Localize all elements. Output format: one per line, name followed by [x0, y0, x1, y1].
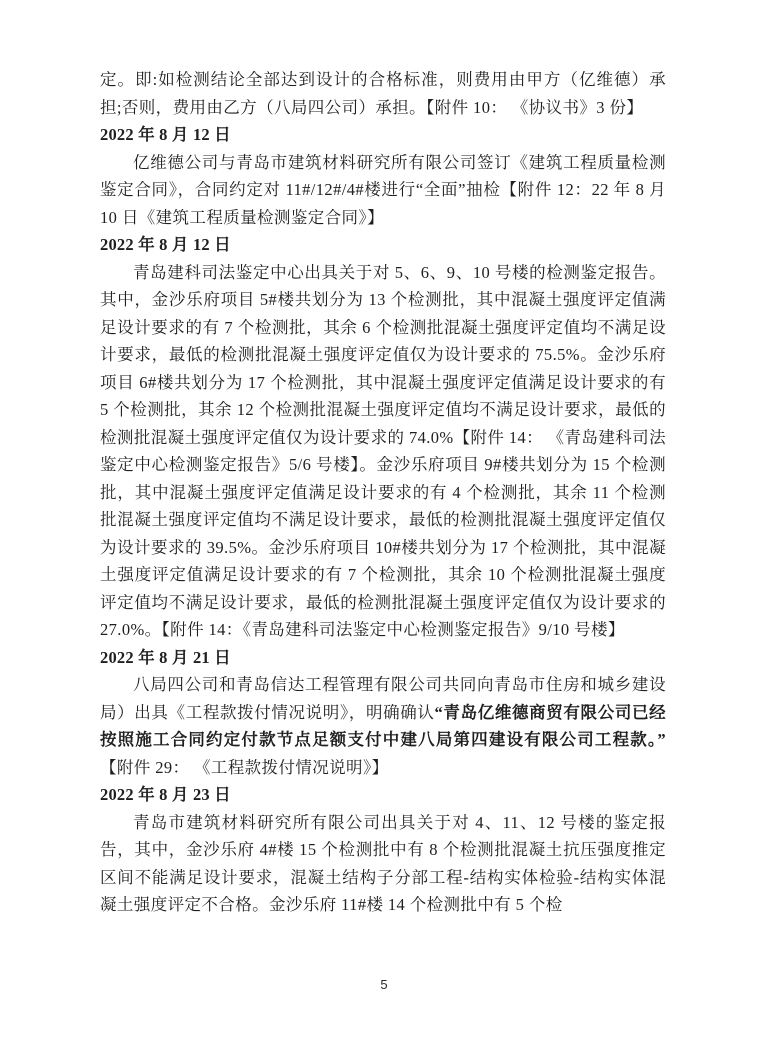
- date-heading: 2022 年 8 月 21 日: [100, 644, 666, 672]
- text-segment: 【附件 29： 《工程款拨付情况说明》】: [100, 758, 389, 777]
- date-heading: 2022 年 8 月 12 日: [100, 231, 666, 259]
- text-segment: 亿维德公司与青岛市建筑材料研究所有限公司签订《建筑工程质量检测鉴定合同》，合同约…: [100, 153, 666, 227]
- body-paragraph: 定。即:如检测结论全部达到设计的合格标准，则费用由甲方（亿维德）承担;否则，费用…: [100, 66, 666, 121]
- text-segment: 定。即:如检测结论全部达到设计的合格标准，则费用由甲方（亿维德）承担;否则，费用…: [100, 70, 666, 117]
- page-number: 5: [0, 977, 768, 992]
- body-paragraph: 八局四公司和青岛信达工程管理有限公司共同向青岛市住房和城乡建设局）出具《工程款拨…: [100, 671, 666, 781]
- text-segment: 青岛建科司法鉴定中心出具关于对 5、6、9、10 号楼的检测鉴定报告。其中，金沙…: [100, 263, 666, 640]
- body-paragraph: 青岛建科司法鉴定中心出具关于对 5、6、9、10 号楼的检测鉴定报告。其中，金沙…: [100, 259, 666, 644]
- date-heading: 2022 年 8 月 12 日: [100, 121, 666, 149]
- text-segment: 青岛市建筑材料研究所有限公司出具关于对 4、11、12 号楼的鉴定报告，其中，金…: [100, 813, 666, 915]
- body-paragraph: 青岛市建筑材料研究所有限公司出具关于对 4、11、12 号楼的鉴定报告，其中，金…: [100, 809, 666, 919]
- document-page: 定。即:如检测结论全部达到设计的合格标准，则费用由甲方（亿维德）承担;否则，费用…: [0, 0, 768, 1038]
- document-content: 定。即:如检测结论全部达到设计的合格标准，则费用由甲方（亿维德）承担;否则，费用…: [100, 66, 666, 919]
- body-paragraph: 亿维德公司与青岛市建筑材料研究所有限公司签订《建筑工程质量检测鉴定合同》，合同约…: [100, 149, 666, 232]
- date-heading: 2022 年 8 月 23 日: [100, 781, 666, 809]
